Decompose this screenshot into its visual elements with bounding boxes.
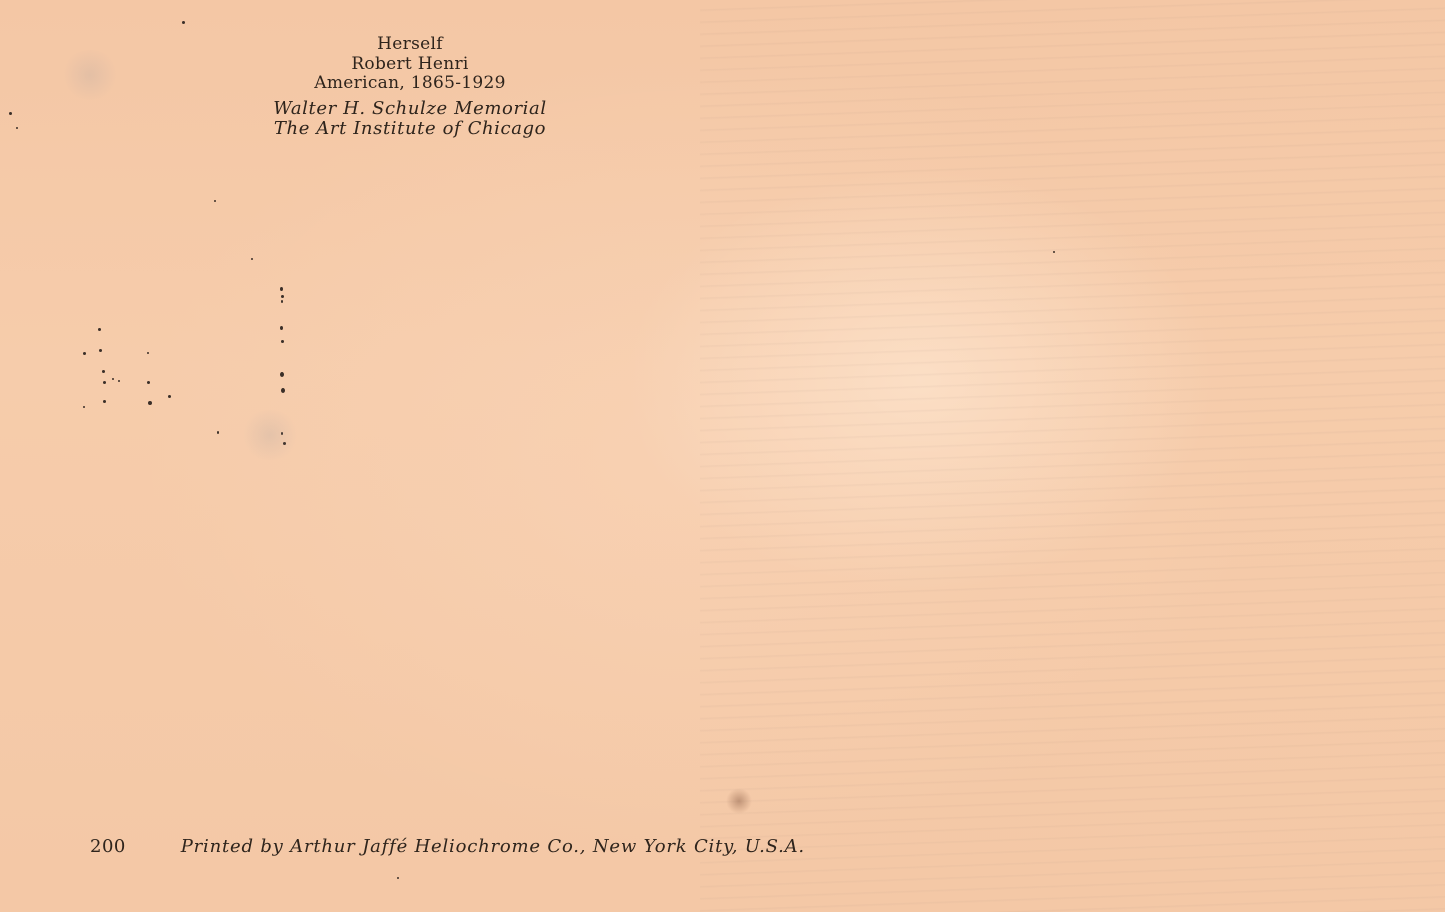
paper-stain: [726, 788, 752, 814]
artist-nationality-dates: American, 1865-1929: [250, 74, 570, 94]
artwork-title: Herself: [250, 35, 570, 55]
artist-name: Robert Henri: [250, 55, 570, 75]
postcard-back: Herself Robert Henri American, 1865-1929…: [0, 0, 1445, 912]
paper-smudge: [60, 50, 120, 100]
printer-credit: Printed by Arthur Jaffé Heliochrome Co.,…: [181, 836, 805, 857]
collection-name: Walter H. Schulze Memorial: [250, 99, 570, 120]
printer-footer: 200 Printed by Arthur Jaffé Heliochrome …: [90, 836, 805, 857]
museum-name: The Art Institute of Chicago: [250, 119, 570, 140]
card-number: 200: [90, 836, 175, 857]
paper-texture: [700, 0, 1445, 912]
paper-smudge: [240, 410, 300, 460]
artwork-caption: Herself Robert Henri American, 1865-1929…: [250, 35, 570, 140]
